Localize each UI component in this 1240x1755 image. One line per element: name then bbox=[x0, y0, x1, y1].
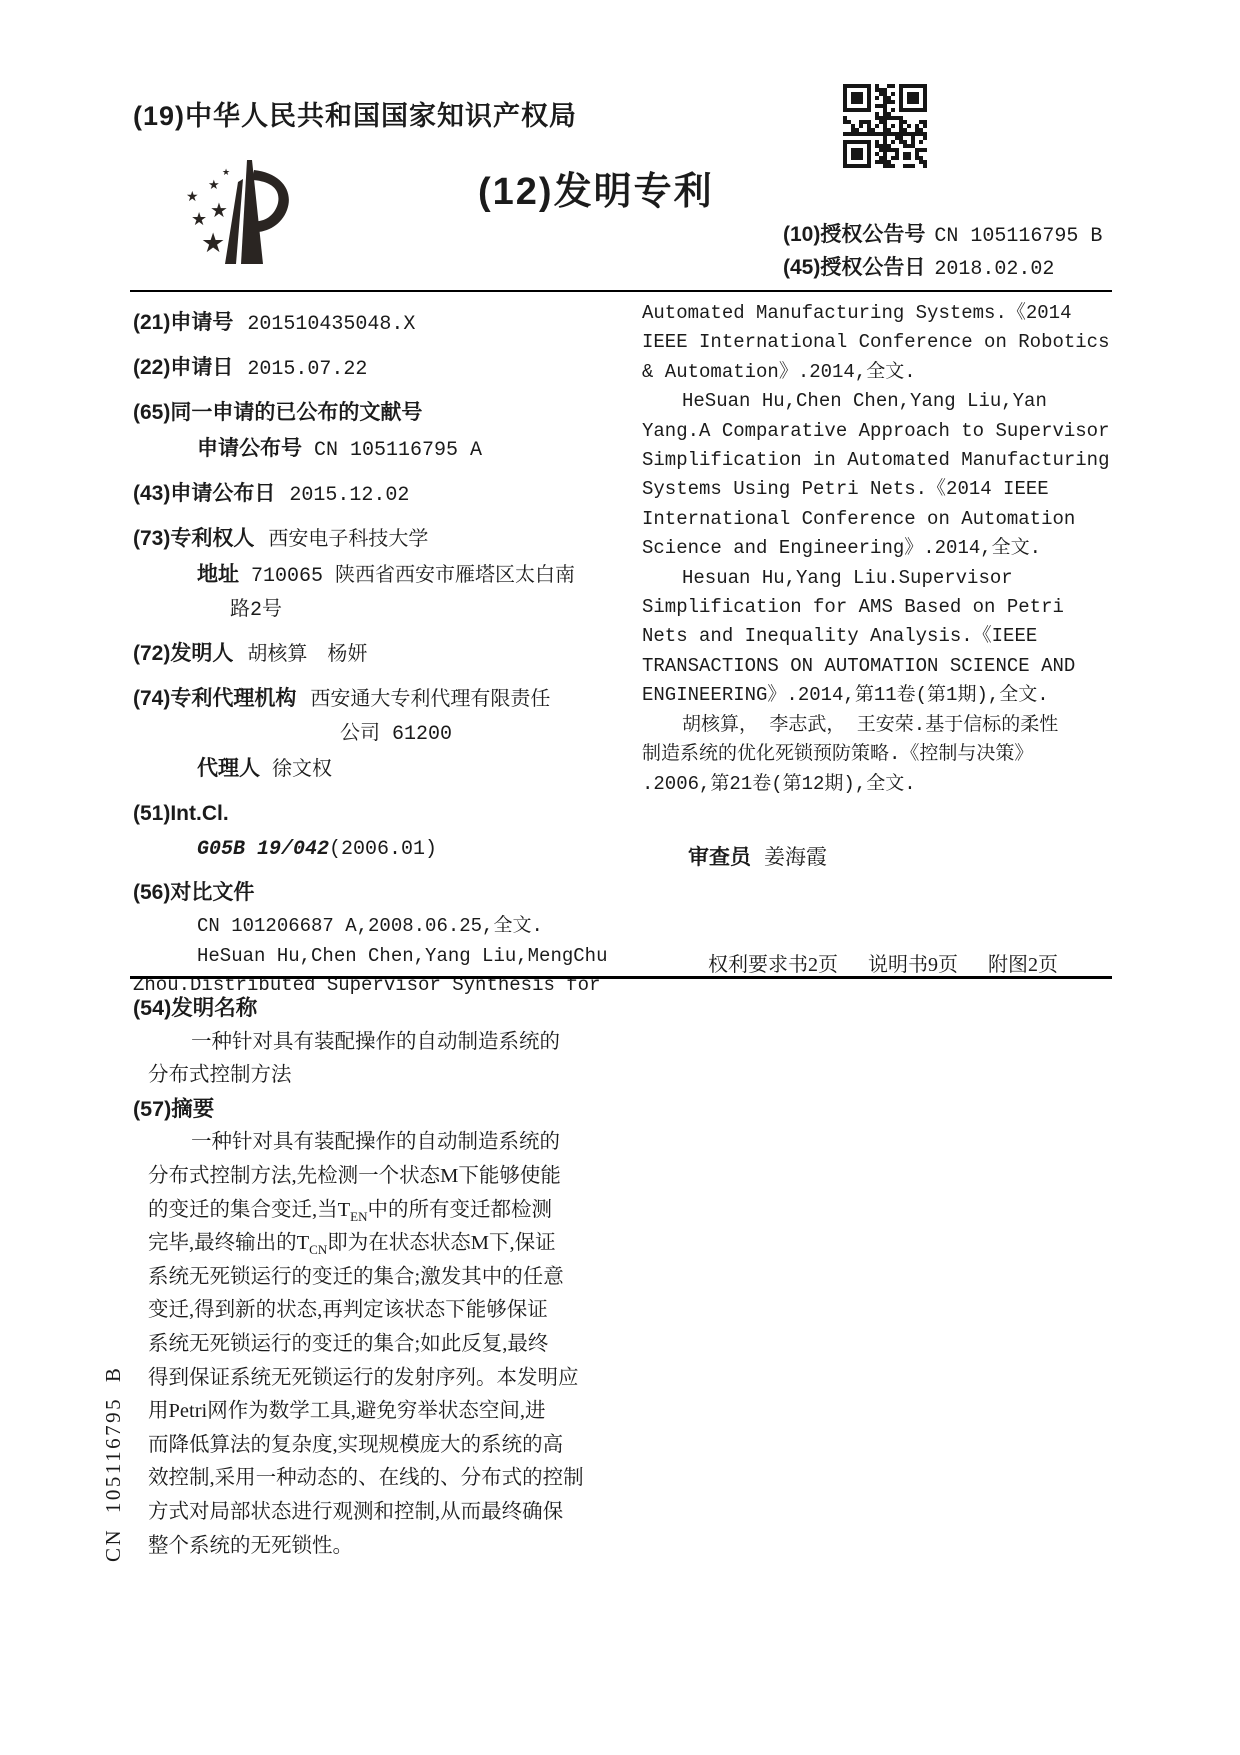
reference-line: Systems Using Petri Nets.《2014 IEEE bbox=[642, 475, 1132, 504]
field-label: (73)专利权人 bbox=[133, 527, 254, 550]
abstract-line: 系统无死锁运行的变迁的集合;如此反复,最终 bbox=[133, 1328, 633, 1362]
text: 整个系统的无死锁性。 bbox=[148, 1535, 353, 1557]
field-line: (74)专利代理机构西安通大专利代理有限责任 bbox=[133, 682, 613, 718]
field-label: 代理人 bbox=[197, 757, 260, 780]
field-value: 2015.12.02 bbox=[289, 484, 409, 507]
field-value: 徐文权 bbox=[272, 759, 332, 782]
text: 分布式控制方法,先检测一个状态M下能够使能 bbox=[148, 1165, 561, 1187]
text: 中的所有变迁都检测 bbox=[368, 1199, 553, 1221]
grant-date-label: (45)授权公告日 bbox=[783, 256, 925, 279]
field-line: (22)申请日2015.07.22 bbox=[133, 351, 613, 387]
field-value: 胡核算 杨妍 bbox=[247, 644, 367, 667]
subscript-text: CN bbox=[309, 1242, 327, 1257]
text: 变迁,得到新的状态,再判定该状态下能够保证 bbox=[148, 1299, 548, 1321]
field-value: 710065 陕西省西安市雁塔区太白南 bbox=[251, 565, 575, 588]
cnipa-logo-icon: ★ ★ ★ ★ ★ ★ bbox=[181, 158, 321, 266]
field-subline: CN 101206687 A,2008.06.25,全文. bbox=[133, 912, 613, 942]
field-value: 2015.07.22 bbox=[247, 358, 367, 381]
qr-code-icon bbox=[843, 84, 927, 168]
field-subline: 申请公布号CN 105116795 A bbox=[133, 432, 613, 468]
svg-text:★: ★ bbox=[191, 209, 207, 229]
citation-text: CN 101206687 A,2008.06.25,全文. bbox=[197, 915, 543, 937]
field-line: (65)同一申请的已公布的文献号 bbox=[133, 396, 613, 432]
field-label: (65)同一申请的已公布的文献号 bbox=[133, 401, 422, 424]
text: 而降低算法的复杂度,实现规模庞大的系统的高 bbox=[148, 1434, 563, 1456]
svg-text:★: ★ bbox=[210, 200, 228, 222]
grant-date-line: (45)授权公告日2018.02.02 bbox=[783, 252, 1102, 285]
grant-number-line: (10)授权公告号CN 105116795 B bbox=[783, 219, 1102, 252]
side-publication-number: CN 105116795 B bbox=[101, 1232, 126, 1562]
field-label: 地址 bbox=[197, 563, 239, 586]
svg-text:★: ★ bbox=[201, 228, 225, 258]
ipc-class-date: (2006.01) bbox=[329, 838, 437, 861]
field-label: (22)申请日 bbox=[133, 356, 233, 379]
reference-line: TRANSACTIONS ON AUTOMATION SCIENCE AND bbox=[642, 652, 1132, 681]
abstract-line: 用Petri网作为数学工具,避免穷举状态空间,进 bbox=[133, 1395, 633, 1429]
text: 得到保证系统无死锁运行的发射序列。本发明应 bbox=[148, 1367, 579, 1389]
ipc-class: G05B 19/042 bbox=[197, 838, 329, 861]
reference-line: HeSuan Hu,Chen Chen,Yang Liu,Yan bbox=[642, 387, 1132, 416]
svg-text:★: ★ bbox=[222, 167, 230, 177]
reference-line: Nets and Inequality Analysis.《IEEE bbox=[642, 622, 1132, 651]
field-label: (43)申请公布日 bbox=[133, 482, 275, 505]
wrapped-value: 路2号 bbox=[230, 599, 282, 622]
document-type: (12)发明专利 bbox=[478, 160, 714, 215]
field-value: 西安电子科技大学 bbox=[268, 529, 428, 552]
text: 系统无死锁运行的变迁的集合;激发其中的任意 bbox=[148, 1266, 564, 1288]
bibliographic-fields: (21)申请号201510435048.X(22)申请日2015.07.22(6… bbox=[133, 306, 613, 1001]
field-subline: 路2号 bbox=[133, 594, 613, 628]
abstract-line: 分布式控制方法,先检测一个状态M下能够使能 bbox=[133, 1160, 633, 1194]
text: 用Petri网作为数学工具,避免穷举状态空间,进 bbox=[148, 1400, 545, 1422]
text: 完毕,最终输出的T bbox=[148, 1232, 309, 1254]
reference-line: Science and Engineering》.2014,全文. bbox=[642, 534, 1132, 563]
field-line: (43)申请公布日2015.12.02 bbox=[133, 477, 613, 513]
abstract-line: 得到保证系统无死锁运行的发射序列。本发明应 bbox=[133, 1362, 633, 1396]
subscript-text: EN bbox=[350, 1209, 367, 1224]
field-label: (51)Int.Cl. bbox=[133, 802, 229, 825]
reference-line: Simplification for AMS Based on Petri bbox=[642, 593, 1132, 622]
examiner-line: 审查员姜海霞 bbox=[642, 842, 1132, 875]
reference-line: Yang.A Comparative Approach to Superviso… bbox=[642, 417, 1132, 446]
field-value: CN 105116795 A bbox=[314, 439, 482, 462]
grant-number-label: (10)授权公告号 bbox=[783, 223, 925, 246]
field-line: (72)发明人胡核算 杨妍 bbox=[133, 637, 613, 673]
abstract-line: 完毕,最终输出的TCN即为在状态状态M下,保证 bbox=[133, 1227, 633, 1261]
reference-line: Hesuan Hu,Yang Liu.Supervisor bbox=[642, 564, 1132, 593]
reference-line: & Automation》.2014,全文. bbox=[642, 358, 1132, 387]
invention-title-line: 分布式控制方法 bbox=[133, 1059, 633, 1093]
field-line: (51)Int.Cl. bbox=[133, 797, 613, 833]
reference-line: IEEE International Conference on Robotic… bbox=[642, 328, 1132, 357]
grant-info-block: (10)授权公告号CN 105116795 B (45)授权公告日2018.02… bbox=[783, 219, 1102, 285]
reference-line: Automated Manufacturing Systems.《2014 bbox=[642, 299, 1132, 328]
field-label: 申请公布号 bbox=[197, 437, 302, 460]
patent-front-page: { "header": { "office": "(19)中华人民共和国国家知识… bbox=[0, 0, 1240, 1755]
grant-date-value: 2018.02.02 bbox=[934, 258, 1054, 281]
field-label: (56)对比文件 bbox=[133, 881, 254, 904]
reference-line: International Conference on Automation bbox=[642, 505, 1132, 534]
page-count-item: 权利要求书2页 bbox=[708, 954, 838, 976]
grant-number-value: CN 105116795 B bbox=[934, 225, 1102, 248]
text: 系统无死锁运行的变迁的集合;如此反复,最终 bbox=[148, 1333, 548, 1355]
examiner-label: 审查员 bbox=[688, 846, 751, 869]
field-subline: 公司 61200 bbox=[133, 718, 613, 752]
header-divider bbox=[130, 290, 1112, 292]
reference-line: .2006,第21卷(第12期),全文. bbox=[642, 770, 1132, 799]
field-line: (21)申请号201510435048.X bbox=[133, 306, 613, 342]
field-subline: 代理人徐文权 bbox=[133, 752, 613, 788]
title-abstract-section: (54)发明名称 一种针对具有装配操作的自动制造系统的分布式控制方法 (57)摘… bbox=[133, 992, 633, 1563]
field-value: 201510435048.X bbox=[247, 313, 415, 336]
reference-line: ENGINEERING》.2014,第11卷(第1期),全文. bbox=[642, 681, 1132, 710]
invention-title: 一种针对具有装配操作的自动制造系统的分布式控制方法 bbox=[133, 1026, 633, 1093]
page-count-item: 附图2页 bbox=[988, 954, 1058, 976]
examiner-name: 姜海霞 bbox=[764, 845, 827, 869]
section-divider bbox=[130, 976, 1112, 979]
field-line: (73)专利权人西安电子科技大学 bbox=[133, 522, 613, 558]
invention-title-line: 一种针对具有装配操作的自动制造系统的 bbox=[133, 1026, 633, 1060]
citations-continued: Automated Manufacturing Systems.《2014IEE… bbox=[642, 299, 1132, 875]
abstract-line: 的变迁的集合变迁,当TEN中的所有变迁都检测 bbox=[133, 1194, 633, 1228]
reference-line: Simplification in Automated Manufacturin… bbox=[642, 446, 1132, 475]
citation-text: HeSuan Hu,Chen Chen,Yang Liu,MengChu bbox=[197, 945, 607, 967]
reference-line: 胡核算， 李志武， 王安荣.基于信标的柔性 bbox=[642, 711, 1132, 740]
abstract-line: 变迁,得到新的状态,再判定该状态下能够保证 bbox=[133, 1294, 633, 1328]
abstract-line: 而降低算法的复杂度,实现规模庞大的系统的高 bbox=[133, 1429, 633, 1463]
svg-text:★: ★ bbox=[208, 177, 220, 192]
field-line: (56)对比文件 bbox=[133, 876, 613, 912]
page-counts: 权利要求书2页说明书9页附图2页 bbox=[708, 948, 1058, 977]
field-subline: G05B 19/042(2006.01) bbox=[133, 833, 613, 867]
issuing-office: (19)中华人民共和国国家知识产权局 bbox=[133, 94, 577, 133]
abstract-line: 方式对局部状态进行观测和控制,从而最终确保 bbox=[133, 1496, 633, 1530]
abstract-line: 系统无死锁运行的变迁的集合;激发其中的任意 bbox=[133, 1261, 633, 1295]
text: 方式对局部状态进行观测和控制,从而最终确保 bbox=[148, 1501, 563, 1523]
abstract-text: 一种针对具有装配操作的自动制造系统的分布式控制方法,先检测一个状态M下能够使能的… bbox=[133, 1126, 633, 1563]
field-label: (72)发明人 bbox=[133, 642, 233, 665]
text: 效控制,采用一种动态的、在线的、分布式的控制 bbox=[148, 1467, 584, 1489]
svg-text:★: ★ bbox=[186, 190, 199, 205]
field-value: 西安通大专利代理有限责任 bbox=[310, 689, 550, 712]
abstract-label: (57)摘要 bbox=[133, 1093, 633, 1127]
wrapped-value: 公司 61200 bbox=[340, 723, 452, 746]
field-label: (21)申请号 bbox=[133, 311, 233, 334]
reference-line: 制造系统的优化死锁预防策略.《控制与决策》 bbox=[642, 740, 1132, 769]
abstract-line: 效控制,采用一种动态的、在线的、分布式的控制 bbox=[133, 1462, 633, 1496]
abstract-line: 一种针对具有装配操作的自动制造系统的 bbox=[133, 1126, 633, 1160]
field-subline: 地址710065 陕西省西安市雁塔区太白南 bbox=[133, 558, 613, 594]
text: 即为在状态状态M下,保证 bbox=[327, 1232, 555, 1254]
page-count-item: 说明书9页 bbox=[868, 954, 958, 976]
invention-title-label: (54)发明名称 bbox=[133, 992, 633, 1026]
field-subline: HeSuan Hu,Chen Chen,Yang Liu,MengChu bbox=[133, 942, 613, 972]
text: 一种针对具有装配操作的自动制造系统的 bbox=[191, 1131, 560, 1153]
text: 的变迁的集合变迁,当T bbox=[148, 1199, 350, 1221]
field-label: (74)专利代理机构 bbox=[133, 687, 296, 710]
abstract-line: 整个系统的无死锁性。 bbox=[133, 1530, 633, 1564]
